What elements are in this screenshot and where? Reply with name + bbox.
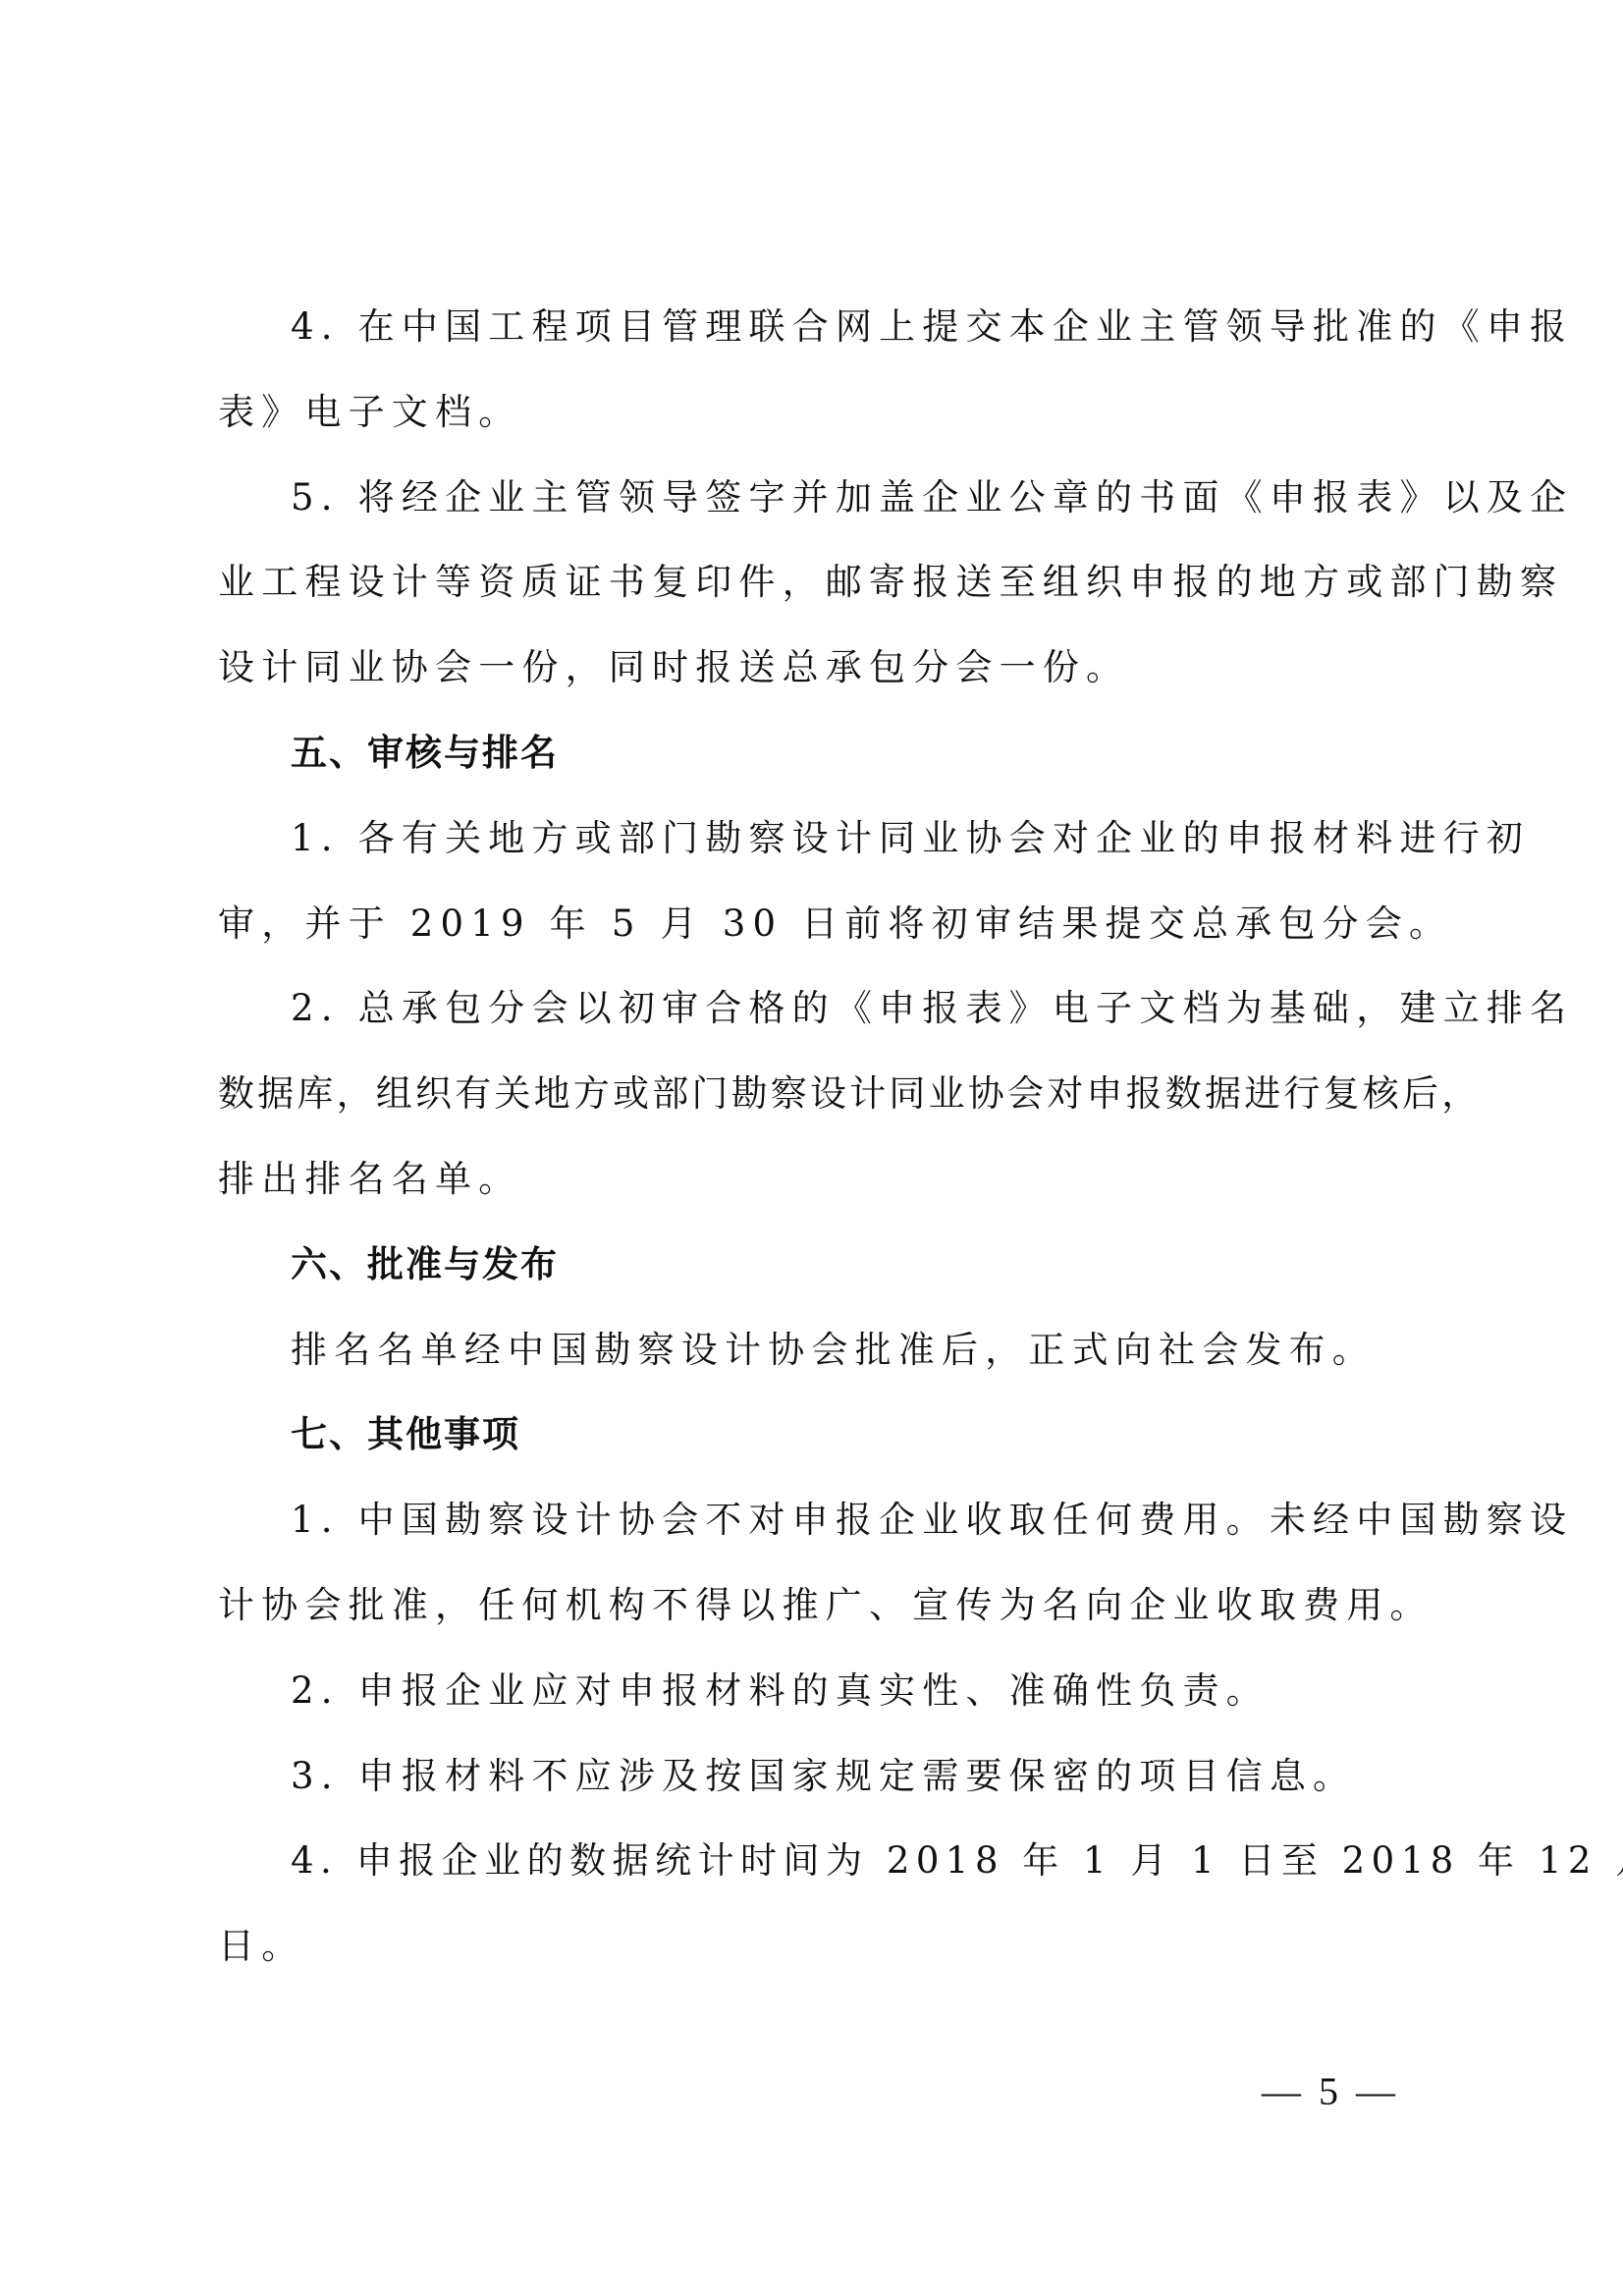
section-heading-other-matters: 七、其他事项: [218, 1393, 1414, 1478]
item-5-line-3: 设计同业协会一份，同时报送总承包分会一份。: [218, 626, 1414, 711]
approval-paragraph: 排名名单经中国勘察设计协会批准后，正式向社会发布。: [218, 1308, 1414, 1394]
other-item-1-line-2: 计协会批准，任何机构不得以推广、宣传为名向企业收取费用。: [218, 1563, 1414, 1649]
other-item-1-line-1: 1. 中国勘察设计协会不对申报企业收取任何费用。未经中国勘察设: [218, 1478, 1414, 1563]
section-heading-approval-release: 六、批准与发布: [218, 1223, 1414, 1308]
review-item-2-line-2: 数据库，组织有关地方或部门勘察设计同业协会对申报数据进行复核后，: [218, 1052, 1414, 1137]
item-4-line-2: 表》电子文档。: [218, 370, 1414, 456]
other-item-3: 3. 申报材料不应涉及按国家规定需要保密的项目信息。: [218, 1734, 1414, 1820]
other-item-4-line-1: 4. 申报企业的数据统计时间为 2018 年 1 月 1 日至 2018 年 1…: [218, 1819, 1414, 1904]
other-item-2: 2. 申报企业应对申报材料的真实性、准确性负责。: [218, 1649, 1414, 1734]
document-body: 4. 在中国工程项目管理联合网上提交本企业主管领导批准的《申报 表》电子文档。 …: [218, 285, 1414, 1990]
other-item-4-line-2: 日。: [218, 1904, 1414, 1990]
section-heading-review-ranking: 五、审核与排名: [218, 711, 1414, 796]
page-number: — 5 —: [1262, 2067, 1399, 2116]
review-item-1-line-2: 审，并于 2019 年 5 月 30 日前将初审结果提交总承包分会。: [218, 882, 1414, 967]
review-item-2-line-1: 2. 总承包分会以初审合格的《申报表》电子文档为基础，建立排名: [218, 966, 1414, 1052]
item-5-line-1: 5. 将经企业主管领导签字并加盖企业公章的书面《申报表》以及企: [218, 456, 1414, 541]
review-item-1-line-1: 1. 各有关地方或部门勘察设计同业协会对企业的申报材料进行初: [218, 796, 1414, 882]
item-4-line-1: 4. 在中国工程项目管理联合网上提交本企业主管领导批准的《申报: [218, 285, 1414, 370]
document-page: 4. 在中国工程项目管理联合网上提交本企业主管领导批准的《申报 表》电子文档。 …: [0, 0, 1623, 2296]
review-item-2-line-3: 排出排名名单。: [218, 1137, 1414, 1223]
item-5-line-2: 业工程设计等资质证书复印件，邮寄报送至组织申报的地方或部门勘察: [218, 540, 1414, 626]
